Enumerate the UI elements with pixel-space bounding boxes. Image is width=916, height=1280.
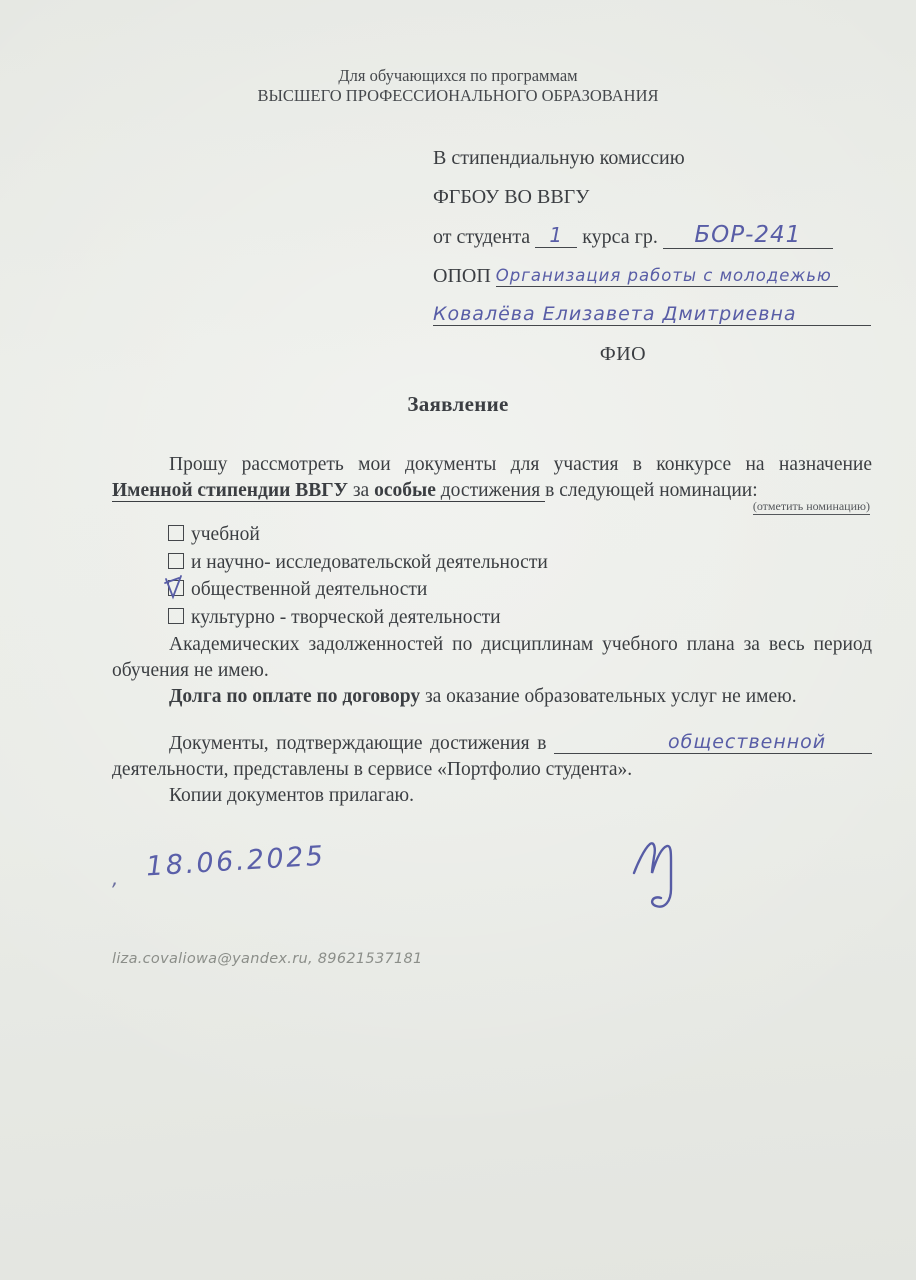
sphere-handwriting: общественной	[611, 733, 826, 752]
no-payment-debt-paragraph: Долга по оплате по договору за оказание …	[112, 684, 872, 710]
name-handwriting: Ковалёва Елизавета Дмитриевна	[433, 305, 797, 324]
checkbox-row-research: и научно- исследовательской деятельности	[168, 549, 548, 577]
opop-handwriting: Организация работы с молодежью	[496, 268, 832, 285]
opop-label: ОПОП	[433, 265, 491, 287]
payment-debt-bold: Долга по оплате по договору	[169, 686, 420, 707]
opop-blank: Организация работы с молодежью	[496, 269, 838, 287]
contact-footer: liza.covaliowa@yandex.ru, 89621537181	[112, 951, 423, 967]
course-suffix-label: курса гр.	[582, 226, 658, 248]
checkmark-icon	[163, 573, 189, 601]
addressee-block: В стипендиальную комиссию ФГБОУ ВО ВВГУ …	[433, 146, 877, 381]
checkbox-row-cultural: культурно - творческой деятельности	[168, 604, 548, 632]
stray-pen-mark: ,	[112, 866, 119, 890]
payment-debt-rest: за оказание образовательных услуг не име…	[420, 686, 797, 707]
course-handwriting: 1	[549, 225, 563, 245]
course-blank: 1	[535, 226, 577, 248]
group-blank: БОР-241	[663, 224, 833, 249]
checkbox-icon	[168, 608, 184, 624]
checkbox-label: учебной	[191, 524, 260, 545]
nomination-checklist: учебной и научно- исследовательской деят…	[168, 521, 548, 631]
document-header: Для обучающихся по программам ВЫСШЕГО ПР…	[0, 66, 916, 106]
signature	[628, 833, 692, 922]
group-handwriting: БОР-241	[694, 224, 801, 247]
date-handwriting: 18.06.2025	[145, 841, 326, 883]
name-line: Ковалёва Елизавета Дмитриевна	[433, 303, 877, 327]
checkbox-icon	[168, 553, 184, 569]
copies-paragraph: Копии документов прилагаю.	[112, 783, 872, 809]
sphere-blank: общественной	[554, 734, 872, 754]
document-title: Заявление	[0, 392, 916, 417]
checkbox-label: и научно- исследовательской деятельности	[191, 552, 548, 573]
header-line-1: Для обучающихся по программам	[0, 66, 916, 86]
from-student-label: от студента	[433, 226, 530, 248]
nomination-note: (отметить номинацию)	[0, 499, 870, 514]
addressee-university: ФГБОУ ВО ВВГУ	[433, 185, 877, 209]
opop-line: ОПОП Организация работы с молодежью	[433, 264, 877, 288]
no-debts-paragraph: Академических задолженностей по дисципли…	[112, 632, 872, 684]
fio-label: ФИО	[433, 342, 813, 366]
checkbox-icon	[168, 580, 184, 596]
documents-text-start: Документы, подтверждающие достижения в	[169, 733, 554, 754]
student-line: от студента 1 курса гр. БОР-241	[433, 224, 877, 249]
request-paragraph: Прошу рассмотреть мои документы для учас…	[112, 452, 872, 504]
checkbox-icon	[168, 525, 184, 541]
request-text-start: Прошу рассмотреть мои документы для учас…	[169, 454, 872, 475]
documents-paragraph: Документы, подтверждающие достижения в о…	[112, 731, 872, 783]
checkbox-label: общественной деятельности	[191, 579, 427, 600]
checkbox-row-academic: учебной	[168, 521, 548, 549]
documents-text-line2: деятельности, представлены в сервисе «По…	[112, 759, 632, 780]
name-blank: Ковалёва Елизавета Дмитриевна	[433, 306, 871, 326]
addressee-committee: В стипендиальную комиссию	[433, 146, 877, 170]
checkbox-label: культурно - творческой деятельности	[191, 607, 501, 628]
checkbox-row-social: общественной деятельности	[168, 576, 548, 604]
request-text-tail: в следующей номинации:	[545, 480, 758, 501]
header-line-2: ВЫСШЕГО ПРОФЕССИОНАЛЬНОГО ОБРАЗОВАНИЯ	[0, 86, 916, 106]
document-photo: Для обучающихся по программам ВЫСШЕГО ПР…	[0, 0, 916, 1280]
signature-icon	[628, 833, 692, 917]
